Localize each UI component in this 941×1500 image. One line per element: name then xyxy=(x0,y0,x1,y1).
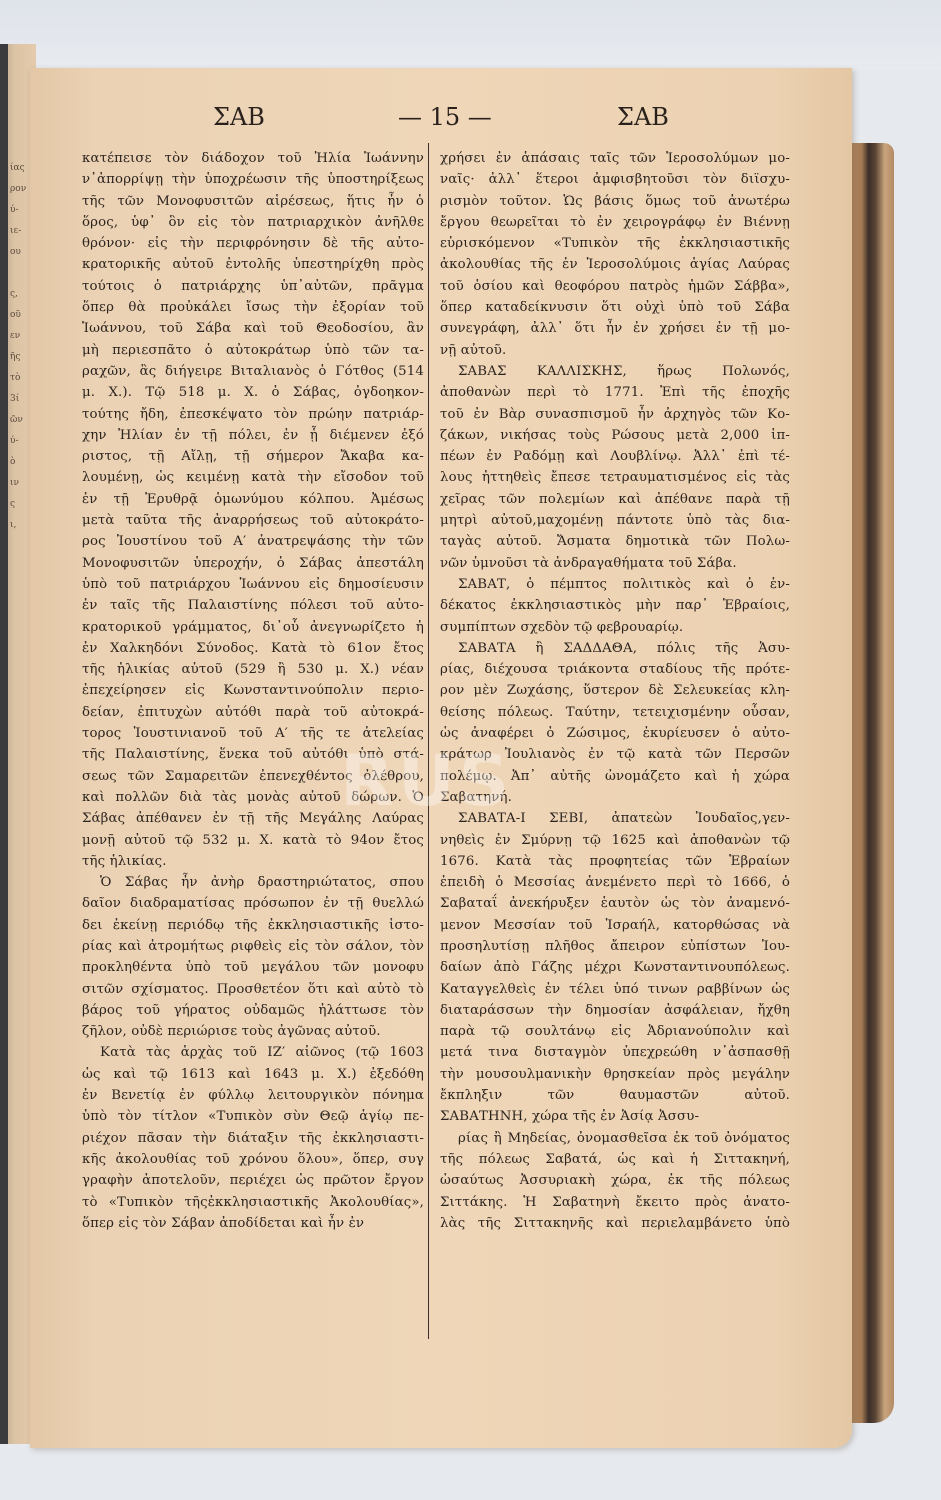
text-line: μητρὶ αὐτοῦ,μαχομένῃ πάντοτε ὑπὸ τὰς δια… xyxy=(440,510,790,531)
text-line: τῆς τῶν Μονοφυσιτῶν αἱρέσεως, ἥτις ἦν ὁ xyxy=(82,191,424,212)
text-line: τῆς ἡλικίας. xyxy=(82,851,424,872)
text-line: ΣΑΒΑΣ ΚΑΛΛΙΣΚΗΣ, ἥρως Πολωνός, xyxy=(440,361,790,382)
text-line: ἐπεχείρησεν εἰς Κωνσταντινούπολιν περιο- xyxy=(82,680,424,701)
text-line: Μονοφυσιτῶν ὑπεροχήν, ὁ Σάβας ἀπεστάλη xyxy=(82,553,424,574)
text-line: τῆς ἡλικίας αὐτοῦ (529 ἢ 530 μ. Χ.) νέαν xyxy=(82,659,424,680)
text-line: ρίας καὶ ἀτρομήτως ριφθεὶς εἰς τὸν σάλον… xyxy=(82,936,424,957)
text-line: συνεγράφη, ἀλλ᾽ ὅτι ἦν ἐν χρήσει ἐν τῇ μ… xyxy=(440,318,790,339)
text-line: ριέχον πᾶσαν τὴν διάταξιν τῆς ἐκκλησιαστ… xyxy=(82,1128,424,1149)
text-line: Ὁ Σάβας ἦν ἀνὴρ δραστηριώτατος, σπου xyxy=(82,872,424,893)
text-line: λους ἡττηθεὶς ἔπεσε τετραυματισμένος εἰς… xyxy=(440,467,790,488)
text-line: ρος Ἰουστίνου τοῦ Α′ ἀνατρεψάσης τὴν τῶν xyxy=(82,531,424,552)
text-line: κρατορικῆς αὐτοῦ ἐντολῆς ὑπεστηρίχθη πρὸ… xyxy=(82,254,424,275)
text-line: μενον Μεσσίαν τοῦ Ἰσραήλ, κατορθώσας νὰ xyxy=(440,915,790,936)
background xyxy=(0,0,941,70)
text-line: τὸ «Τυπικὸν τῆςἐκκλησιαστικῆς Ἀκολουθίας… xyxy=(82,1192,424,1213)
left-column: κατέπεισε τὸν διάδοχον τοῦ Ἠλία Ἰωάννηνν… xyxy=(82,148,424,1234)
text-line: ρίας ἢ Μηδείας, ὀνομασθεῖσα ἐκ τοῦ ὀνόμα… xyxy=(440,1128,790,1149)
text-line: ν᾽ἀπορρίψῃ τὴν ὑποχρέωσιν τῆς ὑποστηρίξε… xyxy=(82,169,424,190)
text-line: βάρος τοῦ γήρατος οὐδαμῶς ἠλάττωσε τὸν xyxy=(82,1000,424,1021)
text-line: ΣΑΒΑΤΑ ἢ ΣΑΔΔΑΘΑ, πόλις τῆς Ἀσυ- xyxy=(440,638,790,659)
text-line: λὰς τῆς Σιττακηνῆς καὶ περιελαμβάνετο ὑπ… xyxy=(440,1213,790,1234)
text-line: χην Ἠλίαν ἐν τῇ πόλει, ἐν ᾗ διέμενεν ἐξό xyxy=(82,425,424,446)
left-guide-word: ΣΑΒ xyxy=(213,103,265,131)
text-line: τούτης ἤδη, ἐπεσκέψατο τὸν πρώην πατριάρ… xyxy=(82,404,424,425)
text-line: Καταγγελθεὶς ἐν τέλει ὑπό τινων ραββίνων… xyxy=(440,979,790,1000)
text-line: δαῖον διαδραματίσας πρόσωπον ἐν τῇ θυελλ… xyxy=(82,893,424,914)
text-line: ριστος, τῇ Αἴλῃ, τῇ σήμερον Ἄκαβα κα- xyxy=(82,446,424,467)
text-line: ὅρος, ὑφ᾽ ὃν εἰς τὸν πατριαρχικὸν ἀνῆλθε xyxy=(82,212,424,233)
text-line: σιτῶν σχίσματος. Προσθετέον ὅτι καὶ αὐτὸ… xyxy=(82,979,424,1000)
text-line: Σαβαταΐ ἀνεκήρυξεν ἑαυτὸν ὡς τὸν ἀναμενό… xyxy=(440,893,790,914)
text-line: δαίων ἀπὸ Γάζης μέχρι Κωνσταντινουπόλεως… xyxy=(440,957,790,978)
text-line: ρον μὲν Ζωχάσης, ὕστερον δὲ Σελευκείας κ… xyxy=(440,680,790,701)
text-line: ζάκων, νικήσας τοὺς Ρώσους μετὰ 2,000 ἱπ… xyxy=(440,425,790,446)
text-line: μετά τινα δισταγμὸν ὑπεχρεώθη ν᾽ἀσπασθῇ xyxy=(440,1042,790,1063)
text-line: τοῦ ἐν Βὰρ συνασπισμοῦ ἦν ἀρχηγὸς τῶν Κο… xyxy=(440,404,790,425)
page-header: ΣΑΒ — 15 — ΣΑΒ xyxy=(0,103,941,143)
text-line: εὑρισκόμενον «Τυπικὸν τῆς ἐκκλησιαστικῆς xyxy=(440,233,790,254)
text-line: θρόνον· εἰς τὴν περιφρόνησιν δὲ τῆς αὐτο… xyxy=(82,233,424,254)
text-line: τὴν μουσουλμανικὴν θρησκείαν πρὸς μεγάλη… xyxy=(440,1064,790,1085)
text-line: ὅπερ καταδείκνυσιν ὅτι οὐχὶ ὑπὸ τοῦ Σάβα xyxy=(440,297,790,318)
book-cover-edge xyxy=(0,44,8,1444)
text-line: ἐν Βενετίᾳ ἐν φύλλῳ λειτουργικὸν πόνημα xyxy=(82,1085,424,1106)
text-line: γραφὴν ἀποτελοῦν, περιέχει ὡς πρῶτον ἔργ… xyxy=(82,1170,424,1191)
text-line: Σιττάκης. Ἡ Σαβατηνὴ ἔκειτο πρὸς ἀνατο- xyxy=(440,1192,790,1213)
right-guide-word: ΣΑΒ xyxy=(617,103,669,131)
book-cover-right-edge xyxy=(848,143,894,1423)
text-line: κατέπεισε τὸν διάδοχον τοῦ Ἠλία Ἰωάννην xyxy=(82,148,424,169)
watermark: RUS xyxy=(340,740,513,822)
text-line: θείσης πόλεως. Ταύτην, τετειχισμένην οὖσ… xyxy=(440,702,790,723)
text-line: χρήσει ἐν ἁπάσαις ταῖς τῶν Ἱεροσολύμων μ… xyxy=(440,148,790,169)
text-line: ἀκολουθίας τῆς ἐν Ἱεροσολύμοις ἁγίας Λαύ… xyxy=(440,254,790,275)
text-line: ἐπειδὴ ὁ Μεσσίας ἀνεμένετο περὶ τὸ 1666,… xyxy=(440,872,790,893)
text-line: δείαν, ἐπιτυχὼν αὐτόθι παρὰ τοῦ αὐτοκρά- xyxy=(82,702,424,723)
text-line: παρὰ τῷ σουλτάνῳ εἰς Ἀδριανούπολιν καὶ xyxy=(440,1021,790,1042)
text-line: ἐν Χαλκηδόνι Σύνοδος. Κατὰ τὸ 61ον ἔτος xyxy=(82,638,424,659)
text-line: συμπίπτων σχεδὸν τῷ φεβρουαρίῳ. xyxy=(440,617,790,638)
text-line: 1676. Κατὰ τὰς προφητείας τῶν Ἑβραίων xyxy=(440,851,790,872)
page-number: — 15 — xyxy=(398,103,492,131)
text-line: νηθεὶς ἐν Σμύρνῃ τῷ 1625 καὶ ἀποθανὼν τῷ xyxy=(440,830,790,851)
text-line: κρατορικοῦ γράμματος, δι᾽οὗ ἀνεγνωρίζετο… xyxy=(82,617,424,638)
text-line: νῇ αὐτοῦ. xyxy=(440,340,790,361)
text-line: ΣΑΒΑΤ, ὁ πέμπτος πολιτικὸς καὶ ὁ ἑν- xyxy=(440,574,790,595)
text-line: ταγὰς αὐτοῦ. Ἄσματα δημοτικὰ τῶν Πολω- xyxy=(440,531,790,552)
text-line: ναῖς· ἀλλ᾽ ἕτεροι ἀμφισβητοῦσι τὸν διϊσχ… xyxy=(440,169,790,190)
text-line: δει ἐκείνῃ περιόδῳ τῆς ἐκκλησιαστικῆς ἱσ… xyxy=(82,915,424,936)
text-line: μονῇ αὐτοῦ τῷ 532 μ. Χ. κατὰ τὸ 94ον ἔτο… xyxy=(82,830,424,851)
text-line: νῶν ὑμνοῦσι τὰ ἀνδραγαθήματα τοῦ Σάβα. xyxy=(440,553,790,574)
text-line: ὡς καὶ τῷ 1613 καὶ 1643 μ. Χ.) ἐξεδόθη xyxy=(82,1064,424,1085)
text-line: ἀποθανὼν περὶ τὸ 1771. Ἐπὶ τῆς ἐποχῆς xyxy=(440,382,790,403)
text-line: τούτοις ὁ πατριάρχης ὑπ᾽αὐτῶν, πρᾶγμα xyxy=(82,276,424,297)
text-line: Ἰωάννου, τοῦ Σάβα καὶ τοῦ Θεοδοσίου, ἂν xyxy=(82,318,424,339)
text-line: ὅπερ θὰ προὐκάλει ἴσως τὴν ἐξορίαν τοῦ xyxy=(82,297,424,318)
text-line: ὅπερ εἰς τὸν Σάβαν ἀποδίδεται καὶ ἦν ἐν xyxy=(82,1213,424,1234)
text-line: ραχῶν, ἃς διήγειρε Βιταλιανὸς ὁ Γότθος (… xyxy=(82,361,424,382)
text-line: χεῖρας τῶν πολεμίων καὶ ἀπέθανε παρὰ τῇ xyxy=(440,489,790,510)
text-line: ἔργου θεωρεῖται τὸ ἐν χειρογράφῳ ἐν Βιέν… xyxy=(440,212,790,233)
text-line: διαταράσσων τὴν δημοσίαν ἀσφάλειαν, ἤχθη xyxy=(440,1000,790,1021)
text-line: Κατὰ τὰς ἀρχὰς τοῦ ΙΖ′ αἰῶνος (τῷ 1603 xyxy=(82,1042,424,1063)
text-line: ὑπὸ τοῦ πατριάρχου Ἰωάννου εἰς δημοσίευσ… xyxy=(82,574,424,595)
text-line: προκληθέντα ὑπὸ τοῦ μεγάλου τῶν μονοφυ xyxy=(82,957,424,978)
text-line: ρίας, διέχουσα τριάκοντα σταδίους τῆς πρ… xyxy=(440,659,790,680)
text-line: λουμένῃ, ὡς κειμένῃ κατὰ τὴν εἴσοδον τοῦ xyxy=(82,467,424,488)
text-line: ἔκπληξιν τῶν θαυμαστῶν αὐτοῦ. xyxy=(440,1085,790,1106)
text-line: πέων ἐν Ραδόμῃ καὶ Λουβλίνῳ. Ἀλλ᾽ ἐπὶ τέ… xyxy=(440,446,790,467)
text-line: ἐν ταῖς τῆς Παλαιστίνης πόλεσι τοῦ αὐτο- xyxy=(82,595,424,616)
text-line: μ. Χ.). Τῷ 518 μ. Χ. ὁ Σάβας, ὀγδοηκον- xyxy=(82,382,424,403)
text-line: κῆς ἀκολουθίας τοῦ χρόνου ὅλου», ὅπερ, σ… xyxy=(82,1149,424,1170)
text-line: προσηλυτίσῃ πλῆθος ἄπειρον εὐπίστων Ἰου- xyxy=(440,936,790,957)
text-line: τοῦ ὁσίου καὶ θεοφόρου πατρὸς ἡμῶν Σάββα… xyxy=(440,276,790,297)
right-column: χρήσει ἐν ἁπάσαις ταῖς τῶν Ἱεροσολύμων μ… xyxy=(440,148,790,1234)
text-line: ὡσαύτως Ἀσσυριακὴ χώρα, ἐκ τῆς πόλεως xyxy=(440,1170,790,1191)
text-line: ὑπὸ τὸν τίτλον «Τυπικὸν σὺν Θεῷ ἁγίῳ πε- xyxy=(82,1106,424,1127)
text-line: μετὰ ταῦτα τῆς ἀναρρήσεως τοῦ αὐτοκράτο- xyxy=(82,510,424,531)
text-line: μὴ περιεσπᾶτο ὁ αὐτοκράτωρ ὑπὸ τῶν τα- xyxy=(82,340,424,361)
text-line: ρισμὸν τοῦτον. Ὡς βάσις ὅμως τοῦ ἀνωτέρω xyxy=(440,191,790,212)
text-line: ζῆλον, οὐδὲ περιώρισε τοὺς ἀγῶνας αὐτοῦ. xyxy=(82,1021,424,1042)
text-line: τῆς πόλεως Σαβατά, ὡς καὶ ἡ Σιττακηνή, xyxy=(440,1149,790,1170)
text-line: ΣΑΒΑΤΗΝΗ, χώρα τῆς ἐν Ἀσίᾳ Ἀσσυ- xyxy=(440,1106,790,1127)
text-line: δέκατος ἐκκλησιαστικὸς μὴν παρ᾽ Ἑβραίοις… xyxy=(440,595,790,616)
text-line: ἐν τῇ Ἐρυθρᾷ ὁμωνύμου κόλπου. Ἀμέσως xyxy=(82,489,424,510)
